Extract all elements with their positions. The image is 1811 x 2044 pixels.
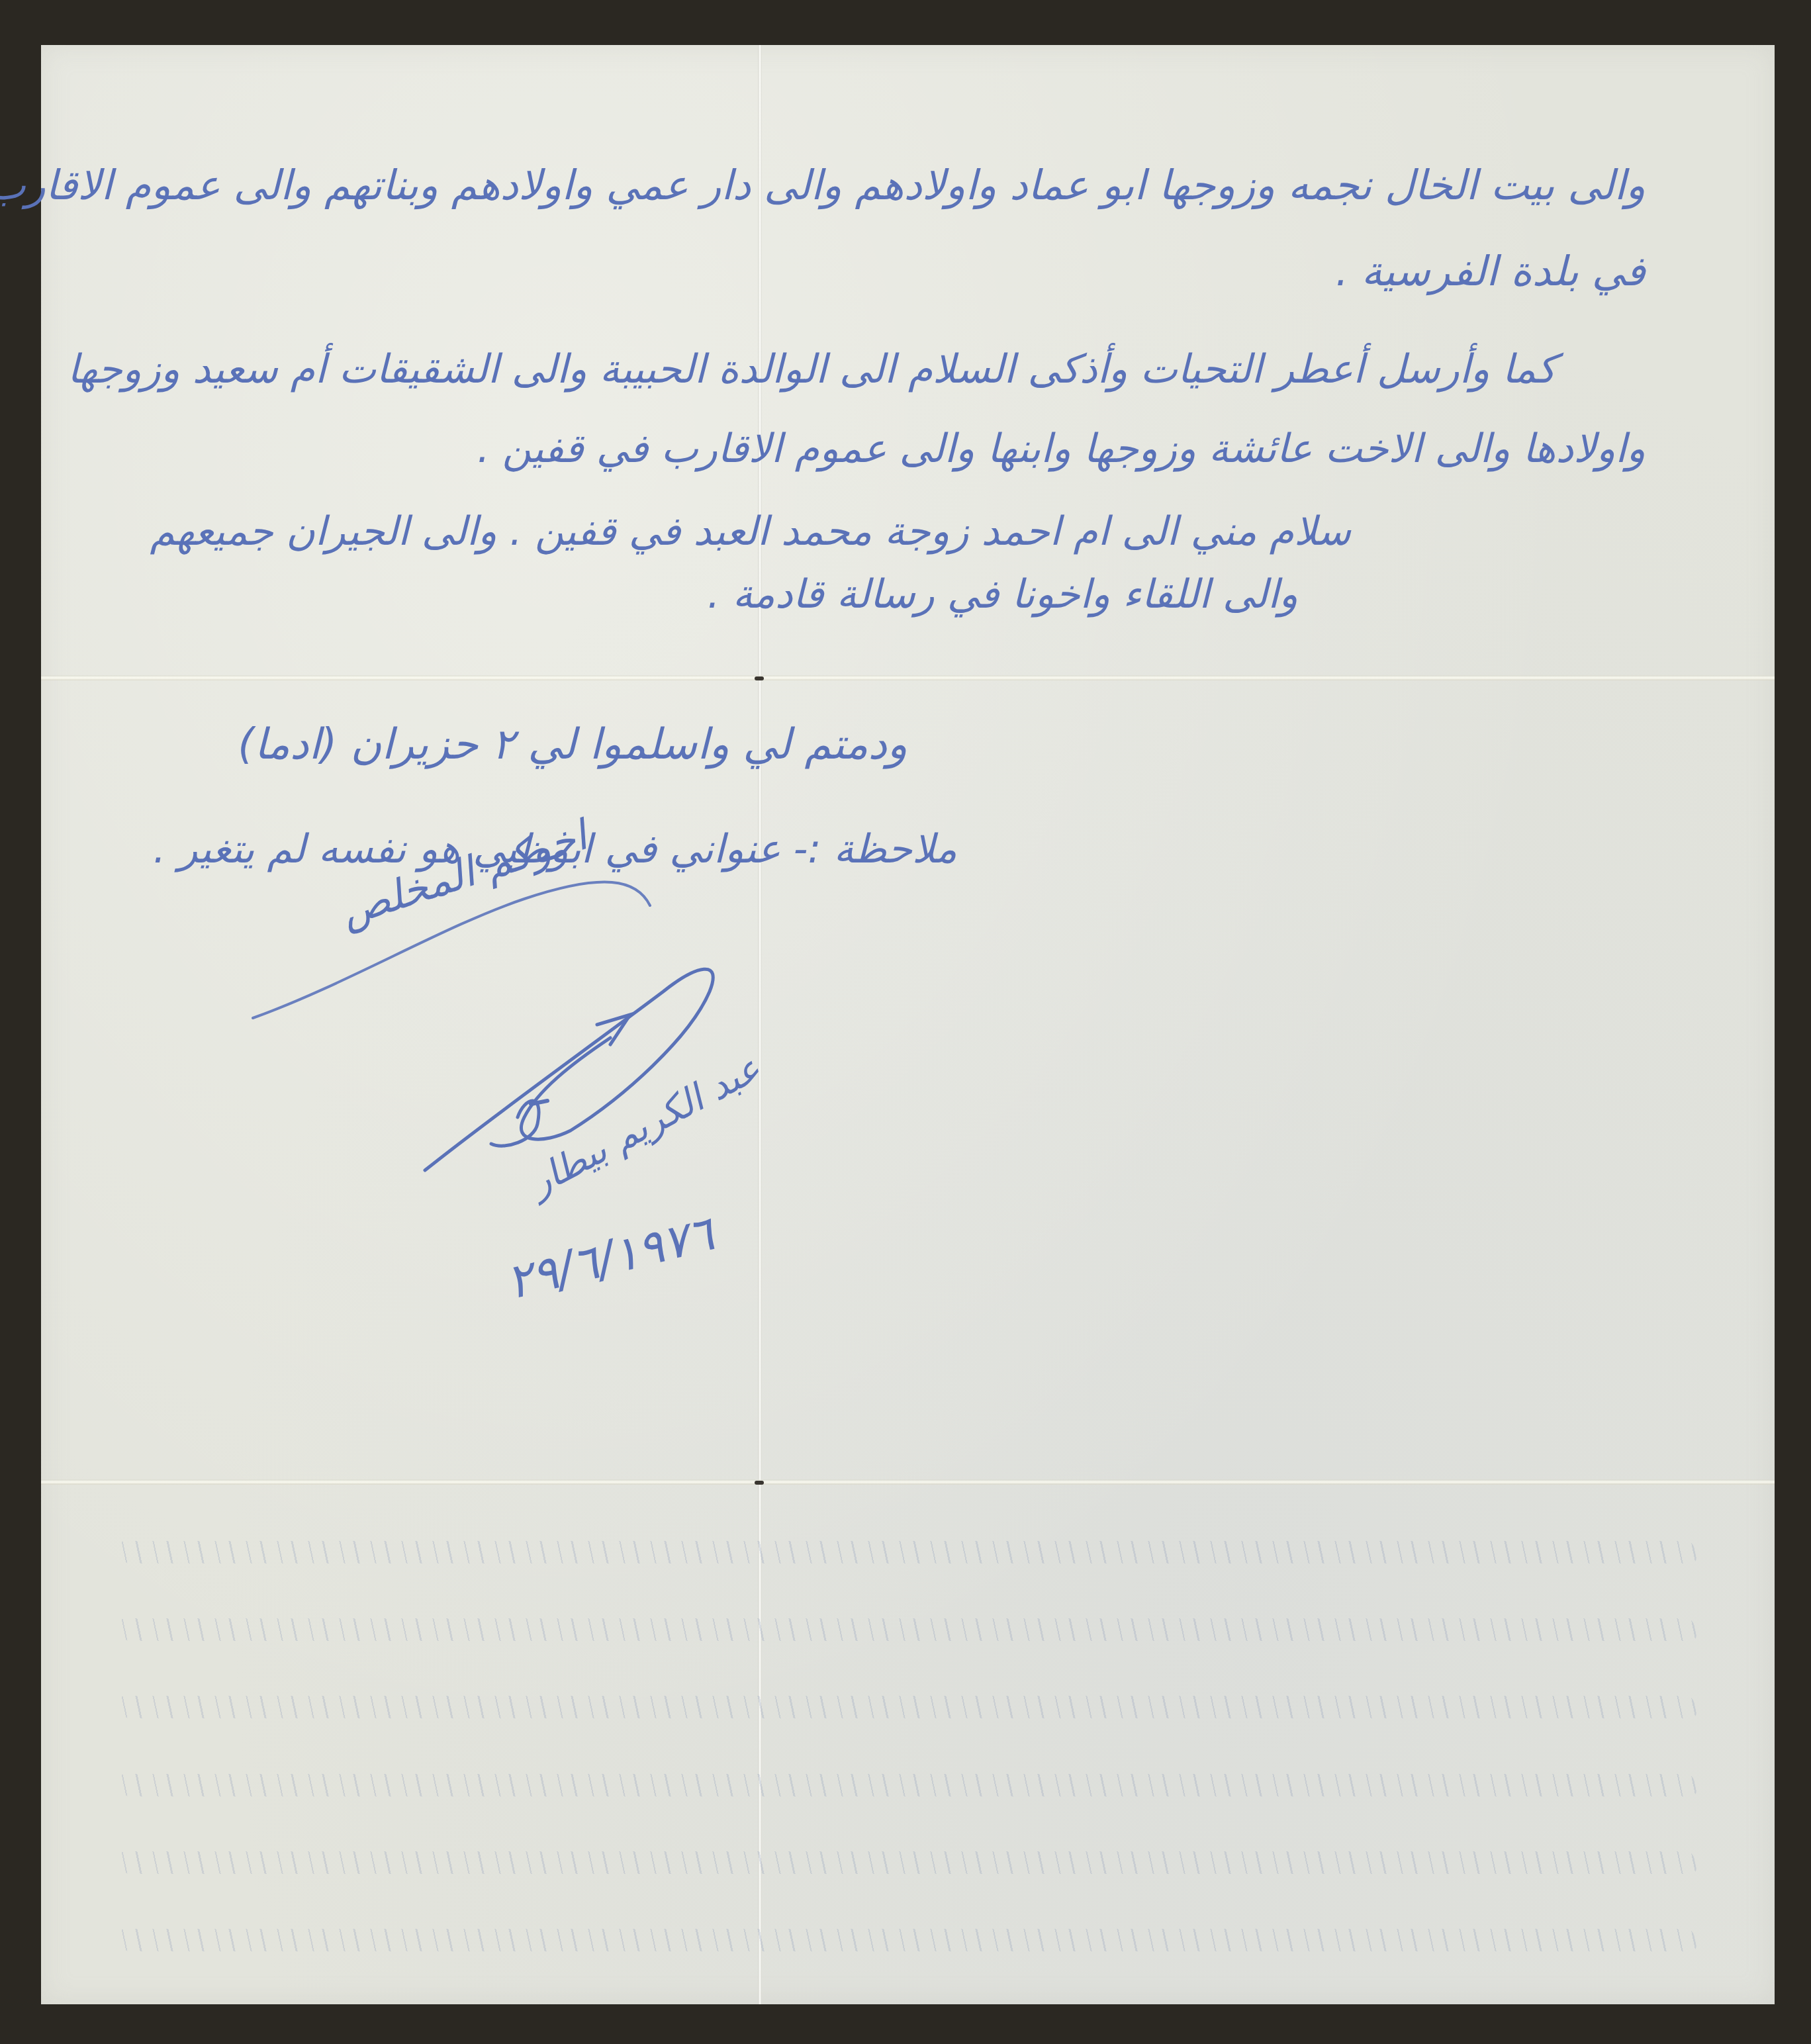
paragraph1-line1: والى بيت الخال نجمه وزوجها ابو عماد واول… — [0, 161, 1646, 209]
bleed-line — [118, 1618, 1697, 1641]
bleed-line — [118, 1929, 1697, 1951]
bleed-line — [118, 1774, 1697, 1796]
bleed-line — [118, 1851, 1697, 1874]
staple-hole-icon — [755, 1481, 764, 1485]
vertical-fold-crease — [758, 45, 762, 2004]
request-line: ودمتم لي واسلموا لي ٢ حزيران (ادما) — [238, 720, 907, 769]
letter-date: ٢٩/٦/١٩٧٦ — [501, 1205, 720, 1311]
paragraph3-line2: والى اللقاء واخونا في رسالة قادمة . — [708, 571, 1298, 618]
bleed-line — [118, 1696, 1697, 1718]
bleed-line — [118, 1541, 1697, 1563]
staple-hole-icon — [755, 676, 764, 680]
paragraph2-line1: كما وأرسل أعطر التحيات وأذكى السلام الى … — [68, 346, 1556, 393]
horizontal-fold-crease-upper — [41, 675, 1775, 680]
reverse-side-bleed-through — [120, 1541, 1695, 1951]
paragraph3-line1: سلام مني الى ام احمد زوجة محمد العبد في … — [150, 508, 1351, 555]
horizontal-fold-crease-lower — [41, 1479, 1775, 1485]
paragraph1-line2: في بلدة الفرسية . — [1335, 247, 1646, 295]
letter-paper: والى بيت الخال نجمه وزوجها ابو عماد واول… — [41, 45, 1775, 2004]
paragraph2-line2: واولادها والى الاخت عائشة وزوجها وابنها … — [477, 426, 1646, 472]
